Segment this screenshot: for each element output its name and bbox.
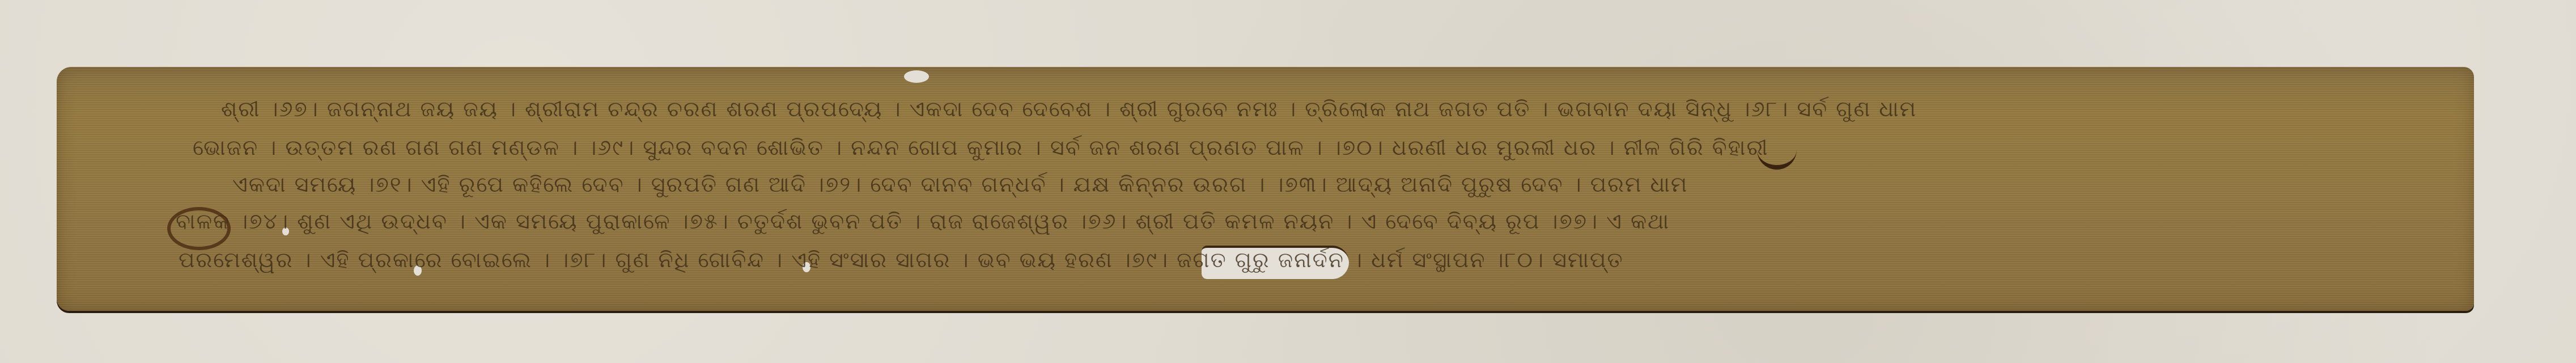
manuscript-line-1: ଶ୍ରୀ ।୬୭। ଜଗନ୍ନାଥ ଜୟ ଜୟ । ଶ୍ରୀରାମ ଚନ୍ଦ୍ର… <box>221 96 1917 122</box>
manuscript-line-5: ପରମେଶ୍ୱର । ଏହି ପ୍ରକାରେ ବୋଇଲେ । ।୭୮। ଗୁଣ … <box>179 247 1624 273</box>
palm-leaf: ଶ୍ରୀ ।୬୭। ଜଗନ୍ନାଥ ଜୟ ଜୟ । ଶ୍ରୀରାମ ଚନ୍ଦ୍ର… <box>57 67 2474 311</box>
manuscript-line-2: ଭୋଜନ । ଉତ୍ତମ ରଣ ଗଣ ଗଣ ମଣ୍ଡଳ । ।୬୯। ସୁନ୍ଦ… <box>193 135 1769 161</box>
edge-notch <box>904 70 929 83</box>
manuscript-line-4: ବାଳକ ।୭୪। ଶୁଣ ଏଥି ଉଦ୍ଧବ । ଏକ ସମୟେ ପୁରାକା… <box>176 209 1670 234</box>
manuscript-line-3: ଏକଦା ସମୟେ ।୭୧। ଏହି ରୂପେ କହିଲେ ଦେବ । ସୁରପ… <box>232 172 1688 197</box>
